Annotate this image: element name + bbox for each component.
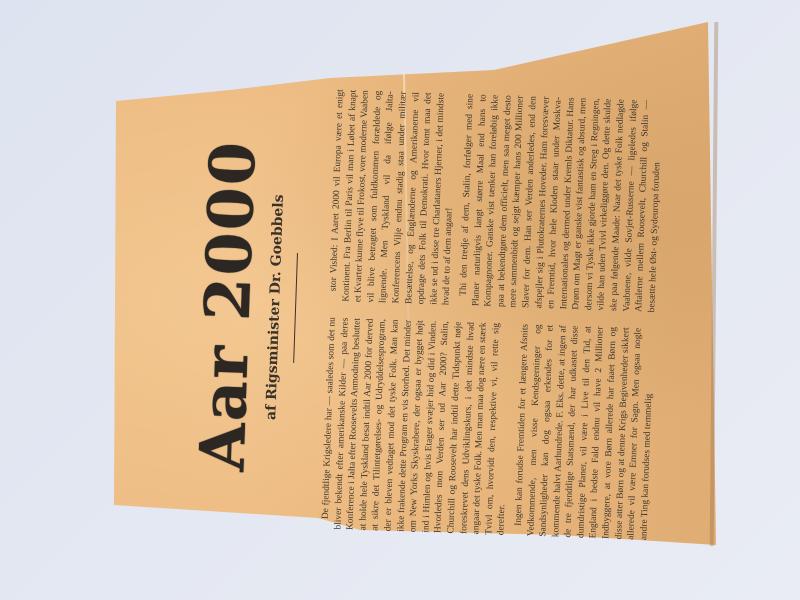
document-title: Aar 2000 — [187, 85, 268, 527]
text-column-1: De fjendtlige Krigsledere har — saaledes… — [319, 317, 636, 540]
paragraph: Ingen kan forudse Fremtiden for et længe… — [512, 324, 658, 541]
paragraph: stor Vished: I Aaret 2000 vil Europa vær… — [327, 89, 460, 305]
title-block: Aar 2000 af Rigsminister Dr. Goebbels — [169, 84, 304, 528]
title-divider — [293, 253, 298, 363]
paragraph: De fjendtlige Krigsledere har — saaledes… — [319, 317, 515, 535]
leaflet-content: Aar 2000 af Rigsminister Dr. Goebbels De… — [169, 84, 654, 540]
paragraph: Thi den tredje af dem, Stalin, forfølger… — [457, 94, 666, 313]
text-column-2: stor Vished: I Aaret 2000 vil Europa vær… — [327, 89, 644, 312]
text-columns: De fjendtlige Krigsledere har — saaledes… — [319, 89, 644, 540]
